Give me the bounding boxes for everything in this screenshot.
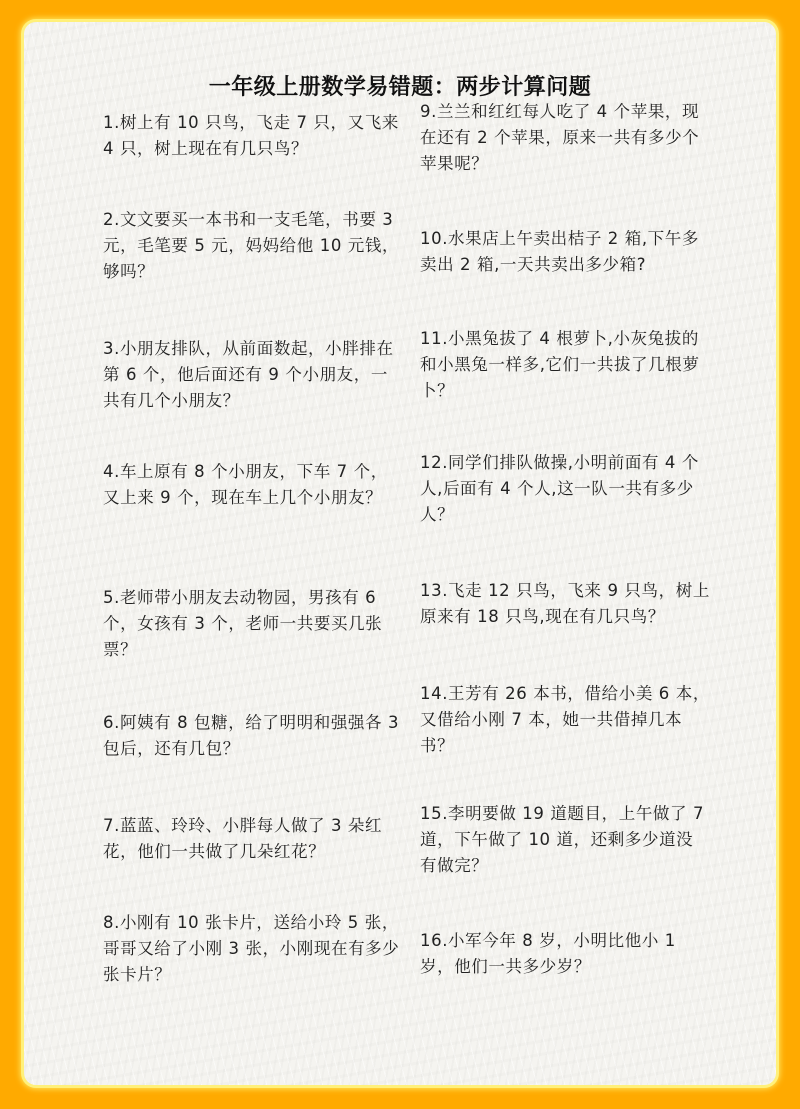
question-1: 1.树上有 10 只鸟，飞走 7 只，又飞来 4 只，树上现在有几只鸟？ [103,110,403,162]
question-8: 8.小刚有 10 张卡片，送给小玲 5 张，哥哥又给了小刚 3 张，小刚现在有多… [103,910,403,988]
question-4: 4.车上原有 8 个小朋友，下车 7 个，又上来 9 个，现在车上几个小朋友？ [103,459,403,511]
question-12: 12.同学们排队做操,小明前面有 4 个人,后面有 4 个人,这一队一共有多少人… [420,450,710,528]
question-15: 15.李明要做 19 道题目，上午做了 7 道，下午做了 10 道，还剩多少道没… [420,801,710,879]
question-5: 5.老师带小朋友去动物园，男孩有 6 个，女孩有 3 个，老师一共要买几张票？ [103,585,403,663]
question-16: 16.小军今年 8 岁，小明比他小 1 岁，他们一共多少岁？ [420,928,710,980]
question-3: 3.小朋友排队，从前面数起，小胖排在第 6 个，他后面还有 9 个小朋友，一共有… [103,336,403,414]
question-2: 2.文文要买一本书和一支毛笔，书要 3 元，毛笔要 5 元，妈妈给他 10 元钱… [103,207,403,285]
question-13: 13.飞走 12 只鸟，飞来 9 只鸟，树上原来有 18 只鸟,现在有几只鸟？ [420,578,710,630]
question-14: 14.王芳有 26 本书，借给小美 6 本，又借给小刚 7 本，她一共借掉几本书… [420,681,710,759]
question-10: 10.水果店上午卖出桔子 2 箱,下午多卖出 2 箱,一天共卖出多少箱? [420,226,710,278]
question-11: 11.小黑兔拔了 4 根萝卜,小灰兔拔的和小黑兔一样多,它们一共拔了几根萝卜？ [420,326,710,404]
worksheet-card: 一年级上册数学易错题：两步计算问题 1.树上有 10 只鸟，飞走 7 只，又飞来… [24,22,776,1085]
question-9: 9.兰兰和红红每人吃了 4 个苹果，现在还有 2 个苹果，原来一共有多少个苹果呢… [420,99,710,177]
question-7: 7.蓝蓝、玲玲、小胖每人做了 3 朵红花，他们一共做了几朵红花？ [103,813,403,865]
page-title: 一年级上册数学易错题：两步计算问题 [24,70,776,101]
question-6: 6.阿姨有 8 包糖，给了明明和强强各 3 包后，还有几包？ [103,710,403,762]
